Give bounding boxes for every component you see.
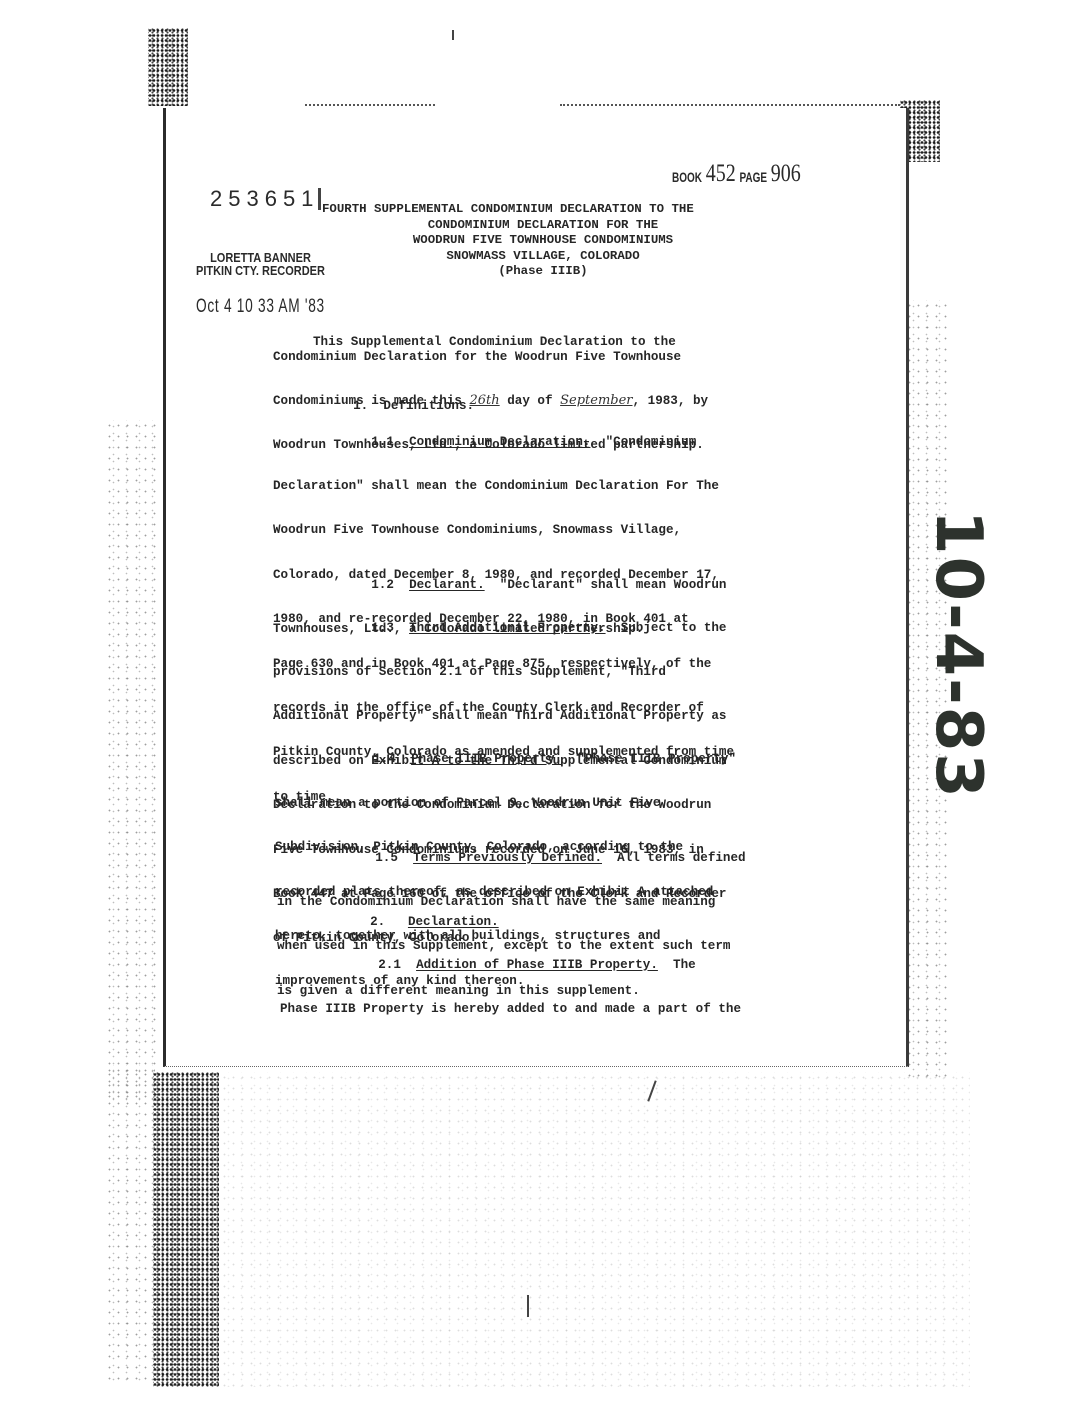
title-line: SNOWMASS VILLAGE, COLORADO: [318, 249, 768, 265]
recorder-stamp: LORETTA BANNER PITKIN CTY. RECORDER: [196, 252, 325, 278]
subsection-line: provisions of Section 2.1 of this Supple…: [273, 665, 727, 680]
subsection-number: 1.2: [371, 578, 394, 592]
subsection-text: "Declarant" shall mean Woodrun: [500, 578, 727, 592]
subsection-title: Declarant.: [409, 578, 485, 592]
title-line: (Phase IIIB): [318, 264, 768, 280]
subsection-first-line: 1.4 Phase IIIB Property. "Phase IIIB Pro…: [275, 752, 736, 767]
subsection-title: Third Additional Property.: [409, 621, 606, 635]
scan-noise-left-band: [105, 420, 160, 1100]
scan-noise-bottom-field: [220, 1072, 970, 1387]
book-page-stamp: BOOK 452 PAGE 906: [672, 160, 801, 188]
subsection-first-line: 1.1 Condominium Declaration. "Condominiu…: [273, 435, 734, 450]
subsection-title: Terms Previously Defined.: [413, 851, 602, 865]
document-title: FOURTH SUPPLEMENTAL CONDOMINIUM DECLARAT…: [318, 202, 768, 280]
handwritten-date-note: 10-4-83: [921, 510, 995, 800]
recorded-timestamp: Oct 4 10 33 AM '83: [196, 296, 325, 318]
scan-noise-left-strip: [153, 1072, 219, 1387]
reception-number: 253651: [210, 186, 319, 212]
subsection-text: "Condominium: [606, 435, 697, 449]
subsection-title: Condominium Declaration.: [409, 435, 590, 449]
subsection-text: Subject to the: [621, 621, 727, 635]
subsection-text: The: [673, 958, 696, 972]
subsection-title: Addition of Phase IIIB Property.: [416, 958, 658, 972]
subsection-line: Phase IIIB Property is hereby added to a…: [280, 1002, 741, 1017]
subsection-text: "Phase IIIB Property": [577, 752, 736, 766]
subsection-line: Declaration" shall mean the Condominium …: [273, 479, 734, 494]
subsection-first-line: 2.1 Addition of Phase IIIB Property. The: [280, 958, 741, 973]
book-number: 452: [706, 160, 736, 188]
subsection-line: Woodrun Five Townhouse Condominiums, Sno…: [273, 523, 734, 538]
page-number: 906: [771, 160, 801, 188]
scan-mark: [527, 1295, 529, 1317]
subsection-number: 1.1: [371, 435, 394, 449]
section-heading: 2. Declaration.: [355, 900, 499, 930]
intro-line: Condominium Declaration for the Woodrun …: [273, 350, 708, 365]
page-label: PAGE: [740, 171, 768, 186]
subsection-text: All terms defined: [617, 851, 745, 865]
subsection-first-line: 1.3 Third Additional Property. Subject t…: [273, 621, 727, 636]
subsection-number: 1.5: [375, 851, 398, 865]
recorder-title: PITKIN CTY. RECORDER: [196, 265, 325, 278]
subsection-2-1: 2.1 Addition of Phase IIIB Property. The…: [280, 928, 741, 1032]
title-line: WOODRUN FIVE TOWNHOUSE CONDOMINIUMS: [318, 233, 768, 249]
scan-mark: [452, 30, 454, 40]
scan-noise-top-left: [148, 28, 188, 106]
subsection-number: 1.3: [371, 621, 394, 635]
subsection-title: Phase IIIB Property.: [411, 752, 562, 766]
subsection-number: 1.4: [373, 752, 396, 766]
section-title: Declaration.: [408, 915, 499, 929]
subsection-first-line: 1.5 Terms Previously Defined. All terms …: [277, 851, 746, 866]
subsection-line: in the Condominium Declaration shall hav…: [277, 895, 746, 910]
section-number: 2.: [370, 915, 385, 929]
title-line: FOURTH SUPPLEMENTAL CONDOMINIUM DECLARAT…: [322, 202, 768, 218]
book-label: BOOK: [672, 171, 702, 186]
subsection-number: 2.1: [378, 958, 401, 972]
scan-noise-left-lower: [105, 1065, 155, 1385]
subsection-line: shall mean a portion of Parcel 9, Woodru…: [275, 796, 736, 811]
title-line: CONDOMINIUM DECLARATION FOR THE: [318, 218, 768, 234]
